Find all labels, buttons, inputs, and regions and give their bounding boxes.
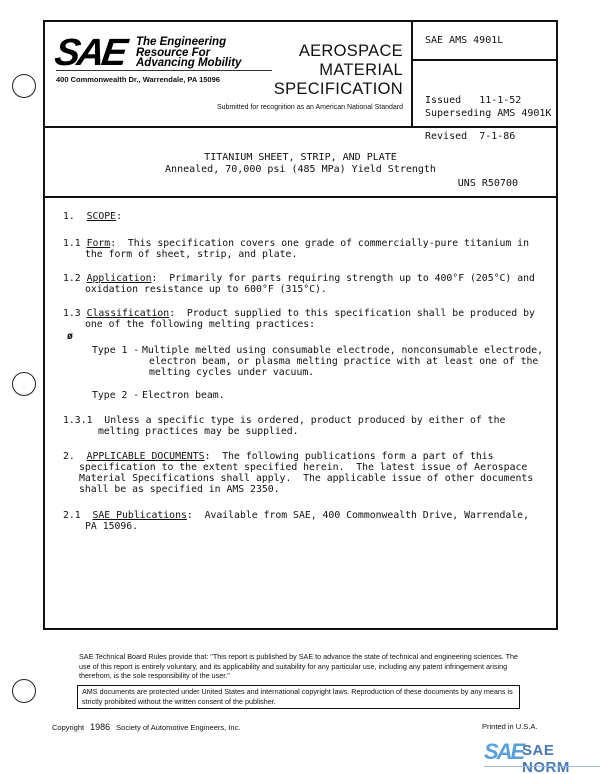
section-number: 1. xyxy=(63,211,75,222)
document-frame: SAE The Engineering Resource For Advanci… xyxy=(43,20,558,630)
section-2-line-3: Material Specifications shall apply. The… xyxy=(79,473,533,484)
section-1-3-1-cont: melting practices may be supplied. xyxy=(98,426,299,437)
section-title: SCOPE xyxy=(87,211,117,222)
title-box: TITANIUM SHEET, STRIP, AND PLATE Anneale… xyxy=(45,128,556,198)
section-text: : Product supplied to this specification… xyxy=(169,308,535,319)
punch-hole-middle xyxy=(12,372,36,396)
uns-number: UNS R50700 xyxy=(458,178,518,189)
section-number: 1.2 xyxy=(63,273,81,284)
sae-logo: SAE xyxy=(53,36,127,70)
section-1-3-1: 1.3.1 Unless a specific type is ordered,… xyxy=(63,415,505,426)
section-2-1-cont: PA 15096. xyxy=(85,521,138,532)
technical-board-notice: SAE Technical Board Rules provide that: … xyxy=(79,652,529,681)
section-text: : Available from SAE, 400 Commonwealth D… xyxy=(187,510,529,521)
section-1-3-cont: one of the following melting practices: xyxy=(85,319,315,330)
printed-in: Printed in U.S.A. xyxy=(482,722,537,731)
section-title: Application xyxy=(87,273,152,284)
section-title: APPLICABLE DOCUMENTS xyxy=(87,451,205,462)
superseding-note: Superseding AMS 4901K xyxy=(425,108,551,119)
section-1-heading: 1. SCOPE: xyxy=(63,211,122,222)
header-left-box: SAE The Engineering Resource For Advanci… xyxy=(45,22,413,128)
doc-type-line-1: AEROSPACE xyxy=(274,42,403,61)
type-1-line-1: Multiple melted using consumable electro… xyxy=(142,345,543,356)
section-2-1: 2.1 SAE Publications: Available from SAE… xyxy=(63,510,529,521)
copyright-label: Copyright xyxy=(52,723,84,732)
section-text: Unless a specific type is ordered, produ… xyxy=(104,415,505,426)
section-number: 1.1 xyxy=(63,238,81,249)
copyright-line: Copyright1986Society of Automotive Engin… xyxy=(52,722,240,732)
section-number: 1.3 xyxy=(63,308,81,319)
copyright-holder: Society of Automotive Engineers, Inc. xyxy=(116,723,240,732)
watermark-text: SAE NORM xyxy=(522,742,600,774)
watermark-logo: SAE xyxy=(484,739,523,765)
section-suffix: : xyxy=(116,211,122,222)
type-2-line-1: Electron beam. xyxy=(142,390,225,401)
type-1-line-3: melting cycles under vacuum. xyxy=(149,367,314,378)
type-1-label: Type 1 - xyxy=(92,345,139,356)
type-2-label: Type 2 - xyxy=(92,390,139,401)
punch-hole-bottom xyxy=(12,679,36,703)
issued-date: 11-1-52 xyxy=(479,95,521,106)
doc-type-line-3: SPECIFICATION xyxy=(274,80,403,99)
type-1-line-2: electron beam, or plasma melting practic… xyxy=(149,356,538,367)
doc-type-heading: AEROSPACE MATERIAL SPECIFICATION xyxy=(274,42,403,99)
doc-title: TITANIUM SHEET, STRIP, AND PLATE xyxy=(45,152,556,163)
section-1-2-cont: oxidation resistance up to 600°F (315°C)… xyxy=(85,284,327,295)
doc-number-box: SAE AMS 4901L xyxy=(413,22,556,61)
section-text: : Primarily for parts requiring strength… xyxy=(152,273,535,284)
section-1-3: 1.3 Classification: Product supplied to … xyxy=(63,308,535,319)
section-number: 2.1 xyxy=(63,510,81,521)
revision-mark: ø xyxy=(67,331,73,342)
sae-address: 400 Commonwealth Dr., Warrendale, PA 150… xyxy=(56,75,220,84)
watermark-underline xyxy=(484,766,600,767)
doc-subtitle: Annealed, 70,000 psi (485 MPa) Yield Str… xyxy=(45,164,556,175)
section-title: SAE Publications xyxy=(93,510,187,521)
sae-tagline: The Engineering Resource For Advancing M… xyxy=(136,37,241,69)
doc-type-line-2: MATERIAL xyxy=(274,61,403,80)
section-2-line-4: shall be as specified in AMS 2350. xyxy=(79,484,280,495)
section-2-line-2: specification to the extent specified he… xyxy=(79,462,527,473)
doc-number: SAE AMS 4901L xyxy=(425,35,503,46)
sae-norm-watermark: SAE SAE NORM xyxy=(484,739,600,769)
tagline-line-3: Advancing Mobility xyxy=(136,58,241,69)
section-title: Classification xyxy=(87,308,170,319)
issue-box: Issued 11-1-52 Revised 7-1-86 Supersedin… xyxy=(413,61,556,128)
section-text: : The following publications form a part… xyxy=(205,451,494,462)
section-1-1-cont: the form of sheet, strip, and plate. xyxy=(85,249,297,260)
section-1-1: 1.1 Form: This specification covers one … xyxy=(63,238,529,249)
section-2: 2. APPLICABLE DOCUMENTS: The following p… xyxy=(63,451,494,462)
submitted-note: Submitted for recognition as an American… xyxy=(217,104,403,111)
copyright-year: 1986 xyxy=(90,722,110,732)
punch-hole-top xyxy=(12,74,36,98)
tagline-line-1: The Engineering xyxy=(136,37,241,48)
section-1-2: 1.2 Application: Primarily for parts req… xyxy=(63,273,535,284)
logo-divider xyxy=(56,70,272,71)
issued-label: Issued xyxy=(425,95,461,106)
section-number: 2. xyxy=(63,451,75,462)
section-number: 1.3.1 xyxy=(63,415,93,426)
copyright-notice-box: AMS documents are protected under United… xyxy=(77,685,520,709)
section-text: : This specification covers one grade of… xyxy=(110,238,529,249)
section-title: Form xyxy=(87,238,111,249)
